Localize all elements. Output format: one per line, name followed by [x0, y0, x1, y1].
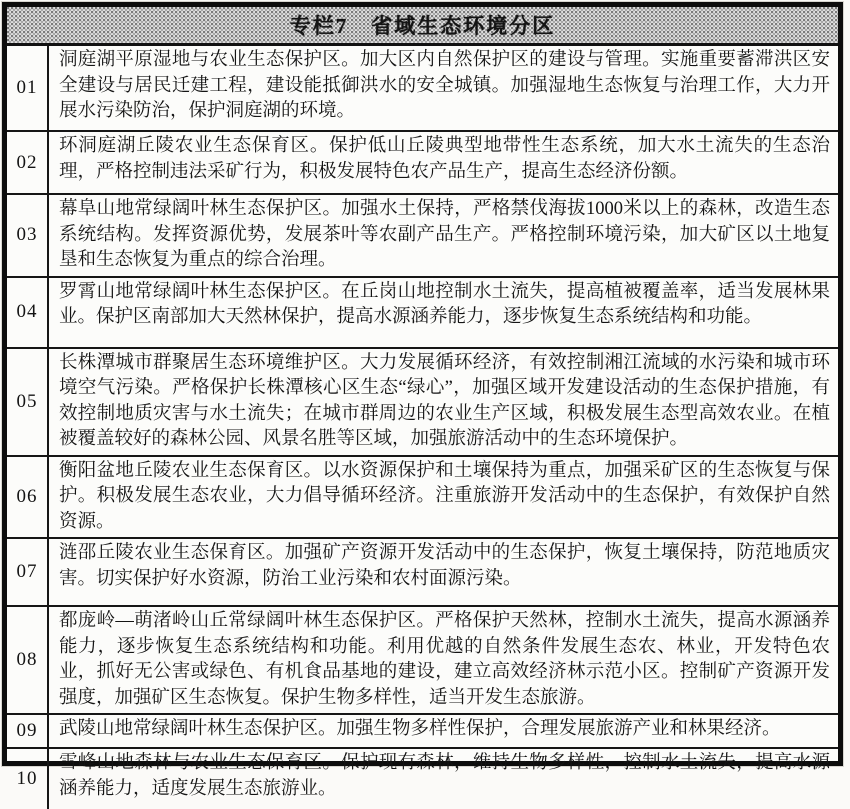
row-number: 09	[7, 715, 49, 747]
row-text: 涟邵丘陵农业生态保育区。加强矿产资源开发活动中的生态保护，恢复土壤保持，防范地质…	[49, 539, 838, 605]
row-text: 都庞岭—萌渚岭山丘常绿阔叶林生态保护区。严格保护天然林，控制水土流失，提高水源涵…	[49, 607, 838, 713]
row-number: 08	[7, 607, 49, 713]
row-number: 06	[7, 457, 49, 538]
row-text: 长株潭城市群聚居生态环境维护区。大力发展循环经济，有效控制湘江流域的水污染和城市…	[49, 349, 838, 455]
row-text: 洞庭湖平原湿地与农业生态保护区。加大区内自然保护区的建设与管理。实施重要蓄滞洪区…	[49, 46, 838, 130]
row-text: 环洞庭湖丘陵农业生态保育区。保护低山丘陵典型地带性生态系统，加大水土流失的生态治…	[49, 132, 838, 193]
row-text: 幕阜山地常绿阔叶林生态保护区。加强水土保持，严格禁伐海拔1000米以上的森林，改…	[49, 195, 838, 276]
row-number: 05	[7, 349, 49, 455]
table-row: 01 洞庭湖平原湿地与农业生态保护区。加大区内自然保护区的建设与管理。实施重要蓄…	[7, 46, 838, 132]
eco-zoning-table: 专栏7 省域生态环境分区 01 洞庭湖平原湿地与农业生态保护区。加大区内自然保护…	[2, 2, 843, 766]
table-row: 08 都庞岭—萌渚岭山丘常绿阔叶林生态保护区。严格保护天然林，控制水土流失，提高…	[7, 607, 838, 715]
row-text: 雪峰山地森林与农业生态保育区。保护现有森林，维持生物多样性，控制水土流失，提高水…	[49, 749, 838, 773]
table-row: 05 长株潭城市群聚居生态环境维护区。大力发展循环经济，有效控制湘江流域的水污染…	[7, 349, 838, 457]
row-number: 03	[7, 195, 49, 276]
table-title: 专栏7 省域生态环境分区	[7, 7, 838, 46]
table-row: 02 环洞庭湖丘陵农业生态保育区。保护低山丘陵典型地带性生态系统，加大水土流失的…	[7, 132, 838, 195]
table-row: 03 幕阜山地常绿阔叶林生态保护区。加强水土保持，严格禁伐海拔1000米以上的森…	[7, 195, 838, 278]
row-text: 罗霄山地常绿阔叶林生态保护区。在丘岗山地控制水土流失，提高植被覆盖率，适当发展林…	[49, 278, 838, 347]
table-body: 01 洞庭湖平原湿地与农业生态保护区。加大区内自然保护区的建设与管理。实施重要蓄…	[7, 46, 838, 773]
row-text: 衡阳盆地丘陵农业生态保育区。以水资源保护和土壤保持为重点，加强采矿区的生态恢复与…	[49, 457, 838, 538]
row-number: 10	[7, 749, 49, 773]
row-number: 04	[7, 278, 49, 347]
row-text: 武陵山地常绿阔叶林生态保护区。加强生物多样性保护，合理发展旅游产业和林果经济。	[49, 715, 838, 747]
row-number: 01	[7, 46, 49, 130]
row-number: 07	[7, 539, 49, 605]
table-row: 06 衡阳盆地丘陵农业生态保育区。以水资源保护和土壤保持为重点，加强采矿区的生态…	[7, 457, 838, 540]
table-row: 09 武陵山地常绿阔叶林生态保护区。加强生物多样性保护，合理发展旅游产业和林果经…	[7, 715, 838, 749]
table-row: 07 涟邵丘陵农业生态保育区。加强矿产资源开发活动中的生态保护，恢复土壤保持，防…	[7, 539, 838, 607]
row-number: 02	[7, 132, 49, 193]
table-row: 10 雪峰山地森林与农业生态保育区。保护现有森林，维持生物多样性，控制水土流失，…	[7, 749, 838, 773]
table-row: 04 罗霄山地常绿阔叶林生态保护区。在丘岗山地控制水土流失，提高植被覆盖率，适当…	[7, 278, 838, 349]
